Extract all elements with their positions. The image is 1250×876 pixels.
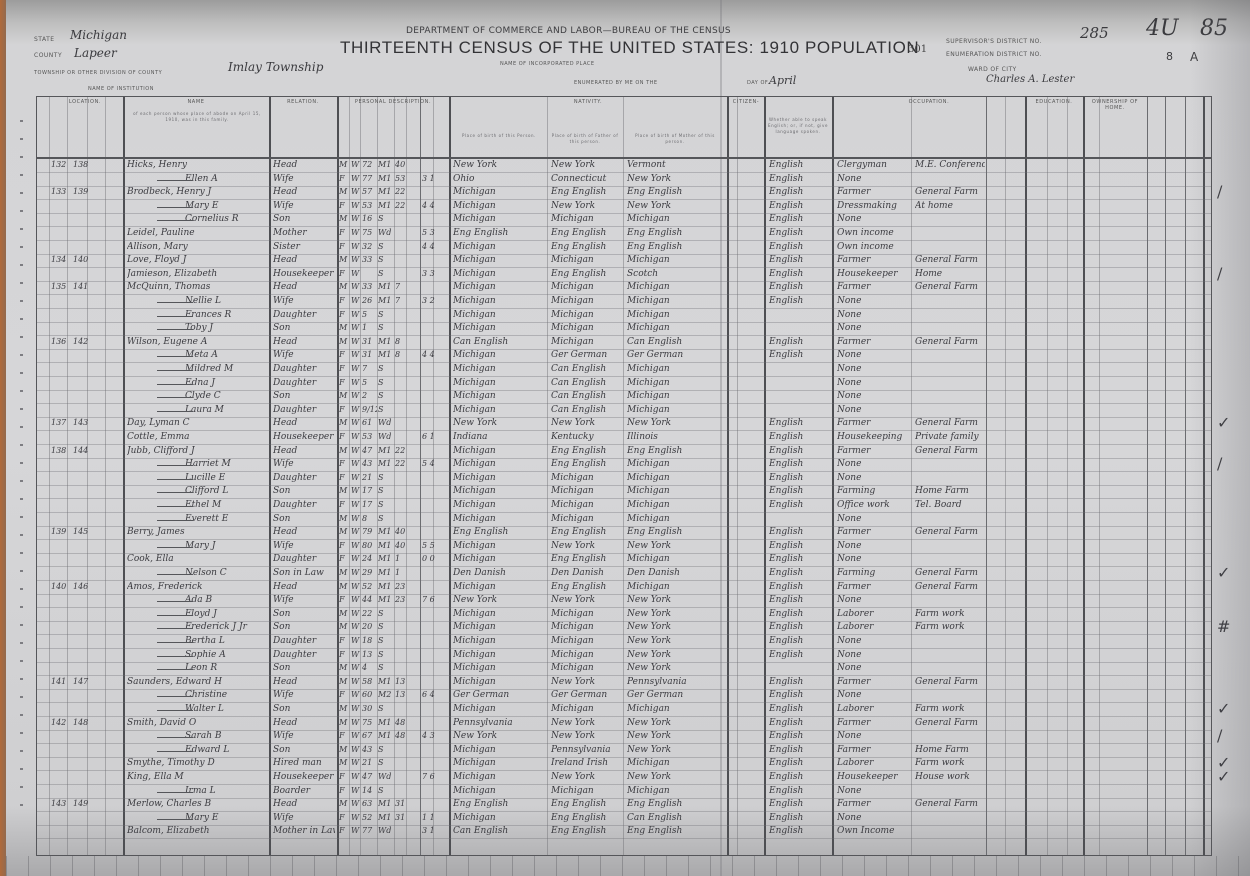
cell-english: English xyxy=(769,826,831,836)
cell-marital: S xyxy=(378,514,394,523)
check-mark: ✓ xyxy=(1217,413,1237,432)
cell-children: 4 4 xyxy=(422,242,448,251)
cell-marital: M1 xyxy=(378,731,394,740)
cell-marital: M1 xyxy=(378,677,394,686)
cell-english: English xyxy=(769,799,831,809)
table-row: 142148Smith, David OHeadMW75M148Pennsylv… xyxy=(37,717,1211,731)
cell-mother-bp: Michigan xyxy=(627,500,725,510)
cell-mother-bp: Ger German xyxy=(627,690,725,700)
ditto-dash xyxy=(157,710,193,711)
cell-sex: M xyxy=(339,704,349,713)
cell-english: English xyxy=(769,568,831,578)
table-row: Mary EWifeFW52M1311 1MichiganEng English… xyxy=(37,812,1211,826)
sheet-number: 301 xyxy=(908,44,927,55)
cell-father-bp: Michigan xyxy=(551,486,621,496)
cell-trade: None xyxy=(837,296,909,306)
cell-name: Love, Floyd J xyxy=(127,255,267,265)
cell-race: W xyxy=(351,337,360,346)
cell-father-bp: New York xyxy=(551,160,621,170)
cell-years-married: 7 xyxy=(395,282,406,291)
cell-birthplace: Pennsylvania xyxy=(453,718,545,728)
cell-trade: Laborer xyxy=(837,609,909,619)
cell-industry: General Farm xyxy=(915,446,985,456)
cell-english: English xyxy=(769,554,831,564)
cell-father-bp: Michigan xyxy=(551,255,621,265)
cell-age: 44 xyxy=(362,595,377,604)
cell-relation: Wife xyxy=(273,201,335,211)
cell-english: English xyxy=(769,296,831,306)
cell-sex: F xyxy=(339,228,349,237)
cell-industry: Farm work xyxy=(915,758,985,768)
ditto-dash xyxy=(157,384,193,385)
cell-birthplace: Michigan xyxy=(453,446,545,456)
cell-english: English xyxy=(769,201,831,211)
cell-relation: Housekeeper xyxy=(273,772,335,782)
cell-trade: Farmer xyxy=(837,677,909,687)
cell-birthplace: Eng English xyxy=(453,228,545,238)
cell-sex: M xyxy=(339,187,349,196)
cell-years-married: 40 xyxy=(395,160,406,169)
cell-name: Wilson, Eugene A xyxy=(127,337,267,347)
cell-years-married: 22 xyxy=(395,459,406,468)
cell-sex: M xyxy=(339,745,349,754)
cell-sex: M xyxy=(339,609,349,618)
cell-years-married: 48 xyxy=(395,731,406,740)
cell-race: W xyxy=(351,350,360,359)
cell-age: 53 xyxy=(362,432,377,441)
cell-age: 1 xyxy=(362,323,377,332)
cell-relation: Son xyxy=(273,745,335,755)
cell-age: 32 xyxy=(362,242,377,251)
cell-birthplace: Michigan xyxy=(453,772,545,782)
cell-father-bp: Eng English xyxy=(551,228,621,238)
cell-mother-bp: New York xyxy=(627,174,725,184)
cell-industry: General Farm xyxy=(915,677,985,687)
cell-english: English xyxy=(769,582,831,592)
cell-race: W xyxy=(351,826,360,835)
cell-trade: Laborer xyxy=(837,758,909,768)
census-sheet: STATE Michigan COUNTY Lapeer TOWNSHIP OR… xyxy=(6,0,1250,876)
cell-dwelling: 143 xyxy=(51,799,71,808)
cell-industry: General Farm xyxy=(915,718,985,728)
cell-father-bp: Ger German xyxy=(551,350,621,360)
cell-dwelling: 133 xyxy=(51,187,71,196)
cell-mother-bp: Eng English xyxy=(627,826,725,836)
table-row: Leon RSonMW4SMichiganMichiganNew YorkNon… xyxy=(37,662,1211,676)
cell-children: 1 1 xyxy=(422,813,448,822)
cell-birthplace: Michigan xyxy=(453,323,545,333)
cell-race: W xyxy=(351,745,360,754)
cell-english: English xyxy=(769,758,831,768)
cell-mother-bp: Eng English xyxy=(627,228,725,238)
cell-industry: House work xyxy=(915,772,985,782)
cell-marital: S xyxy=(378,745,394,754)
cell-mother-bp: Michigan xyxy=(627,704,725,714)
cell-marital: S xyxy=(378,269,394,278)
ditto-dash xyxy=(157,792,193,793)
cell-marital: S xyxy=(378,758,394,767)
col-birthplace-father: Place of birth of Father of this person. xyxy=(549,133,621,145)
cell-sex: F xyxy=(339,201,349,210)
cell-mother-bp: Michigan xyxy=(627,758,725,768)
cell-english: English xyxy=(769,500,831,510)
table-row: Jamieson, ElizabethHousekeeperFWS3 3Mich… xyxy=(37,268,1211,282)
col-relation: RELATION. xyxy=(271,99,335,105)
cell-race: W xyxy=(351,731,360,740)
day-label: DAY OF xyxy=(747,80,768,86)
cell-father-bp: Pennsylvania xyxy=(551,745,621,755)
enumerated-label: ENUMERATED BY ME ON THE xyxy=(574,80,658,86)
cell-relation: Daughter xyxy=(273,636,335,646)
cell-mother-bp: Eng English xyxy=(627,446,725,456)
cell-marital: S xyxy=(378,486,394,495)
cell-relation: Daughter xyxy=(273,473,335,483)
cell-years-married: 13 xyxy=(395,690,406,699)
cell-race: W xyxy=(351,269,360,278)
cell-trade: Housekeeper xyxy=(837,269,909,279)
cell-birthplace: New York xyxy=(453,418,545,428)
ditto-dash xyxy=(157,356,193,357)
cell-father-bp: Eng English xyxy=(551,826,621,836)
cell-trade: Office work xyxy=(837,500,909,510)
cell-english: English xyxy=(769,677,831,687)
col-birthplace-mother: Place of birth of Mother of this person. xyxy=(625,133,725,145)
cell-relation: Head xyxy=(273,527,335,537)
table-row: Balcom, ElizabethMother in LawFW77Wd3 1C… xyxy=(37,825,1211,839)
cell-race: W xyxy=(351,255,360,264)
cell-years-married: 23 xyxy=(395,595,406,604)
cell-mother-bp: New York xyxy=(627,650,725,660)
table-row: Frederick J JrSonMW20SMichiganMichiganNe… xyxy=(37,621,1211,635)
cell-english: English xyxy=(769,418,831,428)
cell-english: English xyxy=(769,745,831,755)
cell-name: Jubb, Clifford J xyxy=(127,446,267,456)
cell-english: English xyxy=(769,242,831,252)
cell-father-bp: Eng English xyxy=(551,446,621,456)
cell-years-married: 31 xyxy=(395,799,406,808)
cell-birthplace: Michigan xyxy=(453,745,545,755)
cell-family: 148 xyxy=(73,718,99,727)
cell-marital: S xyxy=(378,473,394,482)
cell-mother-bp: New York xyxy=(627,541,725,551)
cell-industry: General Farm xyxy=(915,799,985,809)
page-bottom-margin xyxy=(6,856,1250,876)
table-row: 132138Hicks, HenryHeadMW72M140New YorkNe… xyxy=(37,159,1211,173)
cell-birthplace: Michigan xyxy=(453,758,545,768)
table-row: Clyde CSonMW2SMichiganCan EnglishMichiga… xyxy=(37,390,1211,404)
table-row: ChristineWifeFW60M2136 4Ger GermanGer Ge… xyxy=(37,689,1211,703)
cell-relation: Head xyxy=(273,718,335,728)
cell-sex: F xyxy=(339,432,349,441)
cell-children: 3 3 xyxy=(422,269,448,278)
cell-age: 47 xyxy=(362,446,377,455)
cell-marital: M1 xyxy=(378,541,394,550)
cell-race: W xyxy=(351,758,360,767)
cell-age: 47 xyxy=(362,772,377,781)
cell-industry: General Farm xyxy=(915,568,985,578)
cell-relation: Son xyxy=(273,214,335,224)
cell-age: 43 xyxy=(362,459,377,468)
cell-birthplace: Michigan xyxy=(453,554,545,564)
col-birthplace-person: Place of birth of this Person. xyxy=(453,133,545,139)
cell-sex: M xyxy=(339,568,349,577)
cell-father-bp: Eng English xyxy=(551,269,621,279)
cell-father-bp: Michigan xyxy=(551,636,621,646)
cell-industry: Tel. Board xyxy=(915,500,985,510)
cell-relation: Mother in Law xyxy=(273,826,335,836)
cell-trade: Farmer xyxy=(837,282,909,292)
cell-father-bp: Michigan xyxy=(551,663,621,673)
cell-relation: Daughter xyxy=(273,310,335,320)
cell-name: Day, Lyman C xyxy=(127,418,267,428)
col-occupation: OCCUPATION. xyxy=(834,99,1024,105)
cell-sex: F xyxy=(339,364,349,373)
cell-marital: S xyxy=(378,500,394,509)
cell-mother-bp: Eng English xyxy=(627,242,725,252)
cell-relation: Wife xyxy=(273,541,335,551)
cell-dwelling: 134 xyxy=(51,255,71,264)
ditto-dash xyxy=(157,329,193,330)
cell-english: English xyxy=(769,636,831,646)
cell-race: W xyxy=(351,174,360,183)
cell-trade: Farming xyxy=(837,568,909,578)
cell-sex: M xyxy=(339,663,349,672)
cell-trade: Farmer xyxy=(837,187,909,197)
check-mark: / xyxy=(1217,182,1237,201)
cell-sex: F xyxy=(339,296,349,305)
cell-family: 144 xyxy=(73,446,99,455)
enumeration-label: ENUMERATION DISTRICT NO. xyxy=(946,51,1042,58)
ditto-dash xyxy=(157,302,193,303)
table-row: Nellie LWifeFW26M173 2MichiganMichiganMi… xyxy=(37,295,1211,309)
cell-race: W xyxy=(351,405,360,414)
cell-sex: F xyxy=(339,378,349,387)
cell-race: W xyxy=(351,201,360,210)
ditto-dash xyxy=(157,506,193,507)
cell-years-married: 7 xyxy=(395,296,406,305)
cell-name: Brodbeck, Henry J xyxy=(127,187,267,197)
table-row: Cottle, EmmaHousekeeperFW53Wd6 1IndianaK… xyxy=(37,431,1211,445)
cell-father-bp: Eng English xyxy=(551,799,621,809)
ditto-dash xyxy=(157,656,193,657)
cell-trade: Farmer xyxy=(837,418,909,428)
cell-race: W xyxy=(351,378,360,387)
cell-marital: S xyxy=(378,786,394,795)
table-row: King, Ella MHousekeeperFW47Wd7 6Michigan… xyxy=(37,771,1211,785)
table-row: Clifford LSonMW17SMichiganMichiganMichig… xyxy=(37,485,1211,499)
cell-sex: F xyxy=(339,405,349,414)
cell-birthplace: Michigan xyxy=(453,405,545,415)
cell-mother-bp: Michigan xyxy=(627,296,725,306)
cell-mother-bp: New York xyxy=(627,731,725,741)
cell-english: English xyxy=(769,228,831,238)
cell-relation: Son xyxy=(273,323,335,333)
cell-race: W xyxy=(351,663,360,672)
cell-industry: General Farm xyxy=(915,255,985,265)
cell-marital: S xyxy=(378,622,394,631)
cell-father-bp: Michigan xyxy=(551,514,621,524)
cell-age: 21 xyxy=(362,473,377,482)
cell-relation: Head xyxy=(273,160,335,170)
cell-english: English xyxy=(769,350,831,360)
cell-age: 7 xyxy=(362,364,377,373)
cell-name: Saunders, Edward H xyxy=(127,677,267,687)
cell-children: 7 6 xyxy=(422,772,448,781)
cell-mother-bp: Illinois xyxy=(627,432,725,442)
col-ownership: OWNERSHIP OF HOME. xyxy=(1085,99,1145,111)
cell-relation: Daughter xyxy=(273,378,335,388)
cell-relation: Son xyxy=(273,391,335,401)
cell-children: 3 2 xyxy=(422,296,448,305)
cell-race: W xyxy=(351,650,360,659)
cell-mother-bp: Michigan xyxy=(627,310,725,320)
county-value: Lapeer xyxy=(74,46,117,60)
cell-relation: Wife xyxy=(273,690,335,700)
cell-trade: None xyxy=(837,663,909,673)
cell-father-bp: Den Danish xyxy=(551,568,621,578)
cell-father-bp: Michigan xyxy=(551,473,621,483)
col-language: Whether able to speak English; or, if no… xyxy=(767,117,829,135)
cell-sex: M xyxy=(339,323,349,332)
ditto-dash xyxy=(157,479,193,480)
cell-years-married: 22 xyxy=(395,187,406,196)
cell-family: 147 xyxy=(73,677,99,686)
cell-father-bp: Eng English xyxy=(551,459,621,469)
cell-relation: Head xyxy=(273,677,335,687)
table-row: Harriet MWifeFW43M1225 4MichiganEng Engl… xyxy=(37,458,1211,472)
table-row: Ethel MDaughterFW17SMichiganMichiganMich… xyxy=(37,499,1211,513)
cell-name: Cook, Ella xyxy=(127,554,267,564)
table-row: Edward LSonMW43SMichiganPennsylvaniaNew … xyxy=(37,744,1211,758)
cell-english: English xyxy=(769,786,831,796)
cell-race: W xyxy=(351,500,360,509)
cell-race: W xyxy=(351,282,360,291)
cell-race: W xyxy=(351,446,360,455)
table-row: Leidel, PaulineMotherFW75Wd5 3Eng Englis… xyxy=(37,227,1211,241)
cell-age: 33 xyxy=(362,282,377,291)
cell-dwelling: 142 xyxy=(51,718,71,727)
cell-birthplace: New York xyxy=(453,731,545,741)
enumeration-value: 85 xyxy=(1200,16,1228,41)
cell-mother-bp: New York xyxy=(627,772,725,782)
page-title: THIRTEENTH CENSUS OF THE UNITED STATES: … xyxy=(340,38,919,58)
cell-english: English xyxy=(769,813,831,823)
incorporated-place-label: NAME OF INCORPORATED PLACE xyxy=(500,61,595,67)
cell-father-bp: New York xyxy=(551,772,621,782)
cell-relation: Head xyxy=(273,799,335,809)
cell-english: English xyxy=(769,772,831,782)
cell-years-married: 53 xyxy=(395,174,406,183)
county-label: COUNTY xyxy=(34,52,62,59)
ditto-dash xyxy=(157,397,193,398)
cell-industry: General Farm xyxy=(915,187,985,197)
cell-birthplace: Michigan xyxy=(453,310,545,320)
cell-father-bp: Eng English xyxy=(551,582,621,592)
cell-marital: S xyxy=(378,663,394,672)
cell-mother-bp: Michigan xyxy=(627,364,725,374)
cell-age: 75 xyxy=(362,718,377,727)
cell-race: W xyxy=(351,772,360,781)
cell-age: 14 xyxy=(362,786,377,795)
institution-label: NAME OF INSTITUTION xyxy=(88,86,154,92)
cell-age: 58 xyxy=(362,677,377,686)
ditto-dash xyxy=(157,601,193,602)
cell-trade: None xyxy=(837,514,909,524)
cell-age: 5 xyxy=(362,378,377,387)
cell-trade: None xyxy=(837,364,909,374)
cell-relation: Boarder xyxy=(273,786,335,796)
cell-father-bp: Can English xyxy=(551,364,621,374)
cell-trade: None xyxy=(837,391,909,401)
cell-trade: Dressmaking xyxy=(837,201,909,211)
cell-family: 145 xyxy=(73,527,99,536)
cell-english: English xyxy=(769,174,831,184)
cell-sex: F xyxy=(339,786,349,795)
cell-relation: Daughter xyxy=(273,405,335,415)
cell-sex: M xyxy=(339,446,349,455)
cell-mother-bp: Michigan xyxy=(627,582,725,592)
cell-mother-bp: Scotch xyxy=(627,269,725,279)
cell-mother-bp: Eng English xyxy=(627,527,725,537)
cell-industry: Home Farm xyxy=(915,745,985,755)
cell-father-bp: Michigan xyxy=(551,622,621,632)
cell-children: 3 1 xyxy=(422,826,448,835)
cell-english: English xyxy=(769,337,831,347)
cell-birthplace: Michigan xyxy=(453,514,545,524)
cell-name: McQuinn, Thomas xyxy=(127,282,267,292)
cell-trade: Farmer xyxy=(837,446,909,456)
cell-children: 3 1 xyxy=(422,174,448,183)
ditto-dash xyxy=(157,411,193,412)
cell-mother-bp: Can English xyxy=(627,813,725,823)
cell-english: English xyxy=(769,282,831,292)
cell-race: W xyxy=(351,636,360,645)
cell-family: 140 xyxy=(73,255,99,264)
cell-birthplace: Michigan xyxy=(453,242,545,252)
cell-sex: F xyxy=(339,636,349,645)
cell-marital: M1 xyxy=(378,350,394,359)
cell-relation: Daughter xyxy=(273,554,335,564)
cell-sex: F xyxy=(339,690,349,699)
col-location: LOCATION. xyxy=(49,99,121,105)
cell-race: W xyxy=(351,813,360,822)
cell-birthplace: Michigan xyxy=(453,187,545,197)
cell-father-bp: Michigan xyxy=(551,609,621,619)
ditto-dash xyxy=(157,642,193,643)
table-row: Everett ESonMW8SMichiganMichiganMichigan… xyxy=(37,513,1211,527)
cell-industry: Farm work xyxy=(915,609,985,619)
cell-age: 4 xyxy=(362,663,377,672)
cell-marital: M1 xyxy=(378,296,394,305)
cell-father-bp: Can English xyxy=(551,378,621,388)
cell-relation: Hired man xyxy=(273,758,335,768)
cell-birthplace: Michigan xyxy=(453,500,545,510)
cell-marital: Wd xyxy=(378,228,394,237)
table-row: Mary JWifeFW80M1405 5MichiganNew YorkNew… xyxy=(37,540,1211,554)
cell-age: 2 xyxy=(362,391,377,400)
cell-english: English xyxy=(769,473,831,483)
cell-sex: M xyxy=(339,799,349,808)
cell-trade: Farmer xyxy=(837,337,909,347)
cell-english: English xyxy=(769,622,831,632)
cell-trade: Farmer xyxy=(837,718,909,728)
table-row: 137143Day, Lyman CHeadMW61WdNew YorkNew … xyxy=(37,417,1211,431)
cell-marital: M1 xyxy=(378,337,394,346)
cell-race: W xyxy=(351,160,360,169)
cell-industry: Home Farm xyxy=(915,486,985,496)
cell-birthplace: Ohio xyxy=(453,174,545,184)
table-row: 140146Amos, FrederickHeadMW52M123Michiga… xyxy=(37,581,1211,595)
